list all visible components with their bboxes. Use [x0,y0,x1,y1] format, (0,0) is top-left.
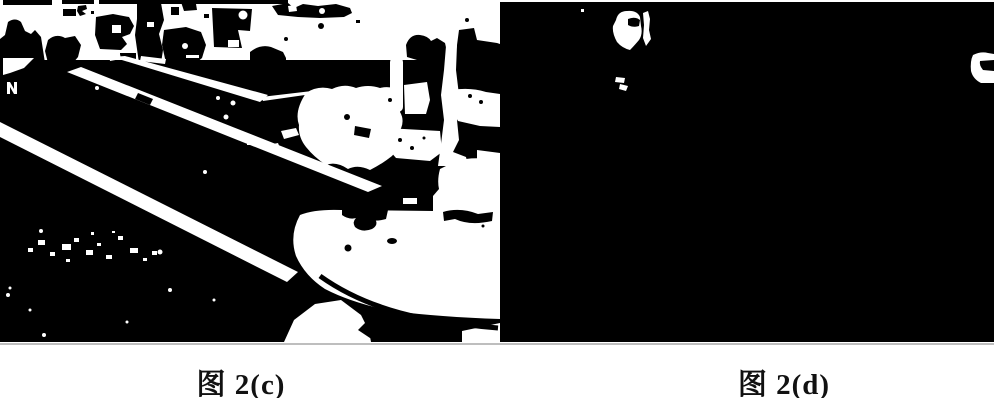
binary-image-panel-c [0,0,500,342]
caption-figure-2c: 图 2(c) [91,362,391,398]
figure-page: 图 2(c) 图 2(d) [0,0,1000,398]
caption-figure-2d: 图 2(d) [634,362,934,398]
binary-image-panel-d [500,2,994,342]
binary-street-scene-image [0,0,500,342]
binary-foreground-mask-image [500,2,994,342]
scan-artifact-line [0,343,994,345]
